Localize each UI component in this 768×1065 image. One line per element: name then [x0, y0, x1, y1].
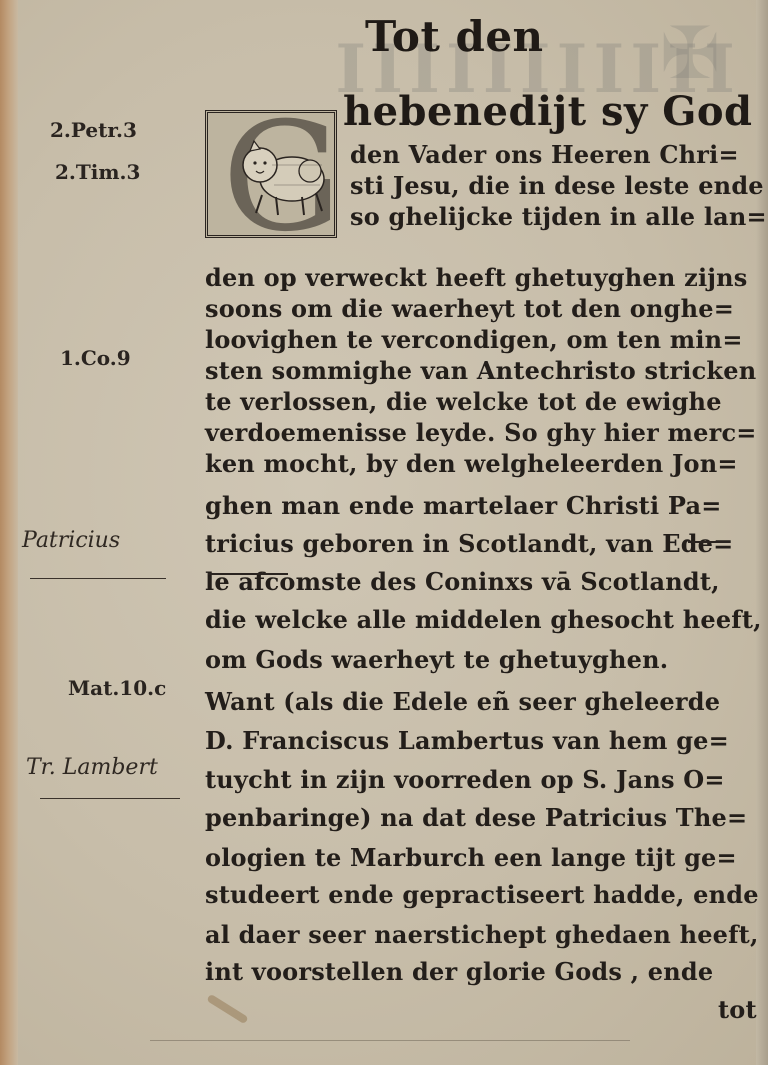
text-line: tot [718, 995, 757, 1024]
text-line: die welcke alle middelen ghesocht heeft, [205, 605, 762, 634]
page-bottom-rule [150, 1040, 630, 1041]
scripture-reference: 2.Tim.3 [55, 160, 140, 184]
text-line: ken mocht, by den welgheleerden Jon= [205, 449, 738, 478]
text-line: verdoemenisse leyde. So ghy hier merc= [205, 418, 757, 447]
underline-mark [688, 541, 730, 543]
text-line: al daer seer naerstichept ghedaen heeft, [205, 920, 759, 949]
text-line: ologien te Marburch een lange tijt ge= [205, 843, 737, 872]
text-line: D. Franciscus Lambertus van hem ge= [205, 726, 729, 755]
text-line: sten sommighe van Antechristo stricken [205, 356, 756, 385]
underline-mark [208, 573, 288, 575]
opening-line: hebenedijt sy God [343, 88, 753, 135]
page-gutter-edge [0, 0, 18, 1065]
handwritten-underline [30, 578, 166, 579]
text-line: te verlossen, die welcke tot de ewighe [205, 387, 722, 416]
stain [206, 994, 248, 1025]
text-line: loovighen te vercondigen, om ten min= [205, 325, 743, 354]
text-line: den Vader ons Heeren Chri= [350, 140, 739, 169]
text-line: sti Jesu, die in dese leste ende [350, 171, 764, 200]
book-page: IIIIIIIIIII ✠ Tot den G hebenedijt sy Go… [0, 0, 768, 1065]
text-line: soons om die waerheyt tot den onghe= [205, 294, 734, 323]
scripture-reference: Mat.10.c [68, 676, 166, 700]
show-through-cross-ornament: ✠ [655, 18, 725, 88]
text-line: tricius geboren in Scotlandt, van Ede= [205, 529, 733, 558]
text-line: tuycht in zijn voorreden op S. Jans O= [205, 765, 725, 794]
scripture-reference: 2.Petr.3 [50, 118, 137, 142]
text-line: le afcomste des Coninxs vā Scotlandt, [205, 567, 720, 596]
woodcut-animal-icon [232, 135, 328, 221]
text-line: den op verweckt heeft ghetuyghen zijns [205, 263, 748, 292]
page-heading: Tot den [365, 12, 544, 61]
drop-cap-woodcut: G [205, 110, 337, 238]
text-line: ghen man ende martelaer Christi Pa= [205, 491, 722, 520]
handwritten-underline [40, 798, 180, 799]
scripture-reference: 1.Co.9 [60, 346, 131, 370]
text-line: studeert ende gepractiseert hadde, ende [205, 880, 759, 909]
text-line: Want (als die Edele eñ seer gheleerde [205, 687, 720, 716]
handwritten-annotation: Tr. Lambert [26, 755, 158, 780]
text-line: penbaringe) na dat dese Patricius The= [205, 803, 747, 832]
handwritten-annotation: Patricius [22, 528, 120, 553]
text-line: om Gods waerheyt te ghetuyghen. [205, 645, 668, 674]
text-line: int voorstellen der glorie Gods , ende [205, 957, 713, 986]
text-line: so ghelijcke tijden in alle lan= [350, 202, 767, 231]
